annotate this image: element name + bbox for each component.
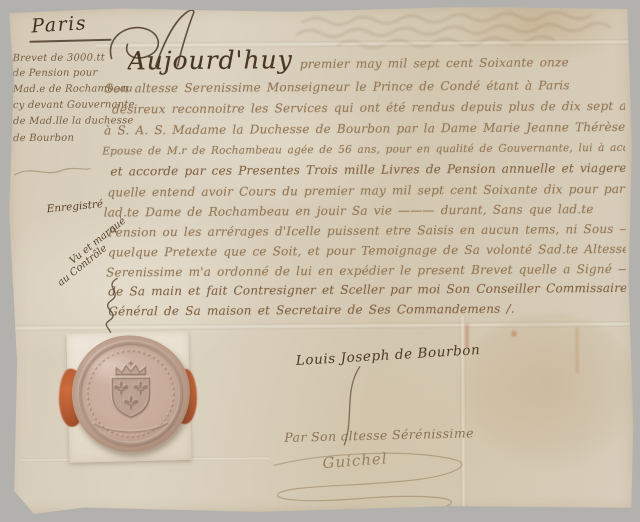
body-line: Serenissime m'a ordonné de lui en expédi… (106, 262, 626, 280)
countersign-flourish-icon (260, 448, 480, 512)
seal-showthrough-stain (455, 313, 640, 469)
rust-speck (575, 327, 578, 373)
body-line: premier may mil sept cent Soixante onze (300, 55, 569, 71)
countersign-label: Par Son altesse Sérénissime (284, 425, 474, 445)
crown-icon (116, 361, 145, 375)
body-line: à S. A. S. Madame la Duchesse de Bourbon… (104, 120, 625, 138)
rust-speck (512, 331, 517, 337)
body-opening-word: Aujourd'huy (128, 45, 293, 75)
body-line: Pension ou les arrérages d'Icelle puisse… (108, 222, 626, 240)
heading-underline (29, 39, 111, 43)
body-line: quelque Pretexte que ce Soit, et pour Te… (108, 242, 626, 260)
margin-note-line: de Bourbon (13, 133, 74, 144)
parchment-sheet: Paris Brevet de 3000.tt de Pension pour … (5, 3, 636, 516)
registration-note-line: Enregistré (46, 198, 103, 215)
margin-note-line: de Pension pour (13, 68, 98, 80)
body-line: de Sa main et fait Contresigner et Scell… (108, 281, 626, 299)
body-line: lad.te Dame de Rochambeau en jouir Sa vi… (104, 202, 626, 220)
wax-seal (72, 335, 191, 453)
signature-prince: Louis Joseph de Bourbon (295, 342, 480, 369)
margin-note-line: Brevet de 3000.tt (13, 52, 105, 64)
margin-note: Brevet de 3000.tt de Pension pour Mad.e … (5, 3, 632, 7)
place-heading: Paris (31, 12, 88, 37)
coat-of-arms-icon (72, 335, 191, 453)
body-line: et accorde par ces Presentes Trois mille… (110, 161, 625, 179)
crease-curl-left (12, 163, 92, 182)
scan-backdrop: Paris Brevet de 3000.tt de Pension pour … (0, 0, 640, 522)
body-line: quelle entend avoir Cours du premier may… (107, 182, 625, 200)
body-line: désireux reconnoitre les Services qui on… (112, 99, 625, 117)
body-line: Son altesse Serenissime Monseigneur le P… (105, 78, 625, 96)
body-line: Epouse de M.r de Rochambeau agée de 56 a… (102, 142, 625, 158)
registration-annotation: Enregistré Vu et marqué au Contrôle (41, 200, 172, 351)
